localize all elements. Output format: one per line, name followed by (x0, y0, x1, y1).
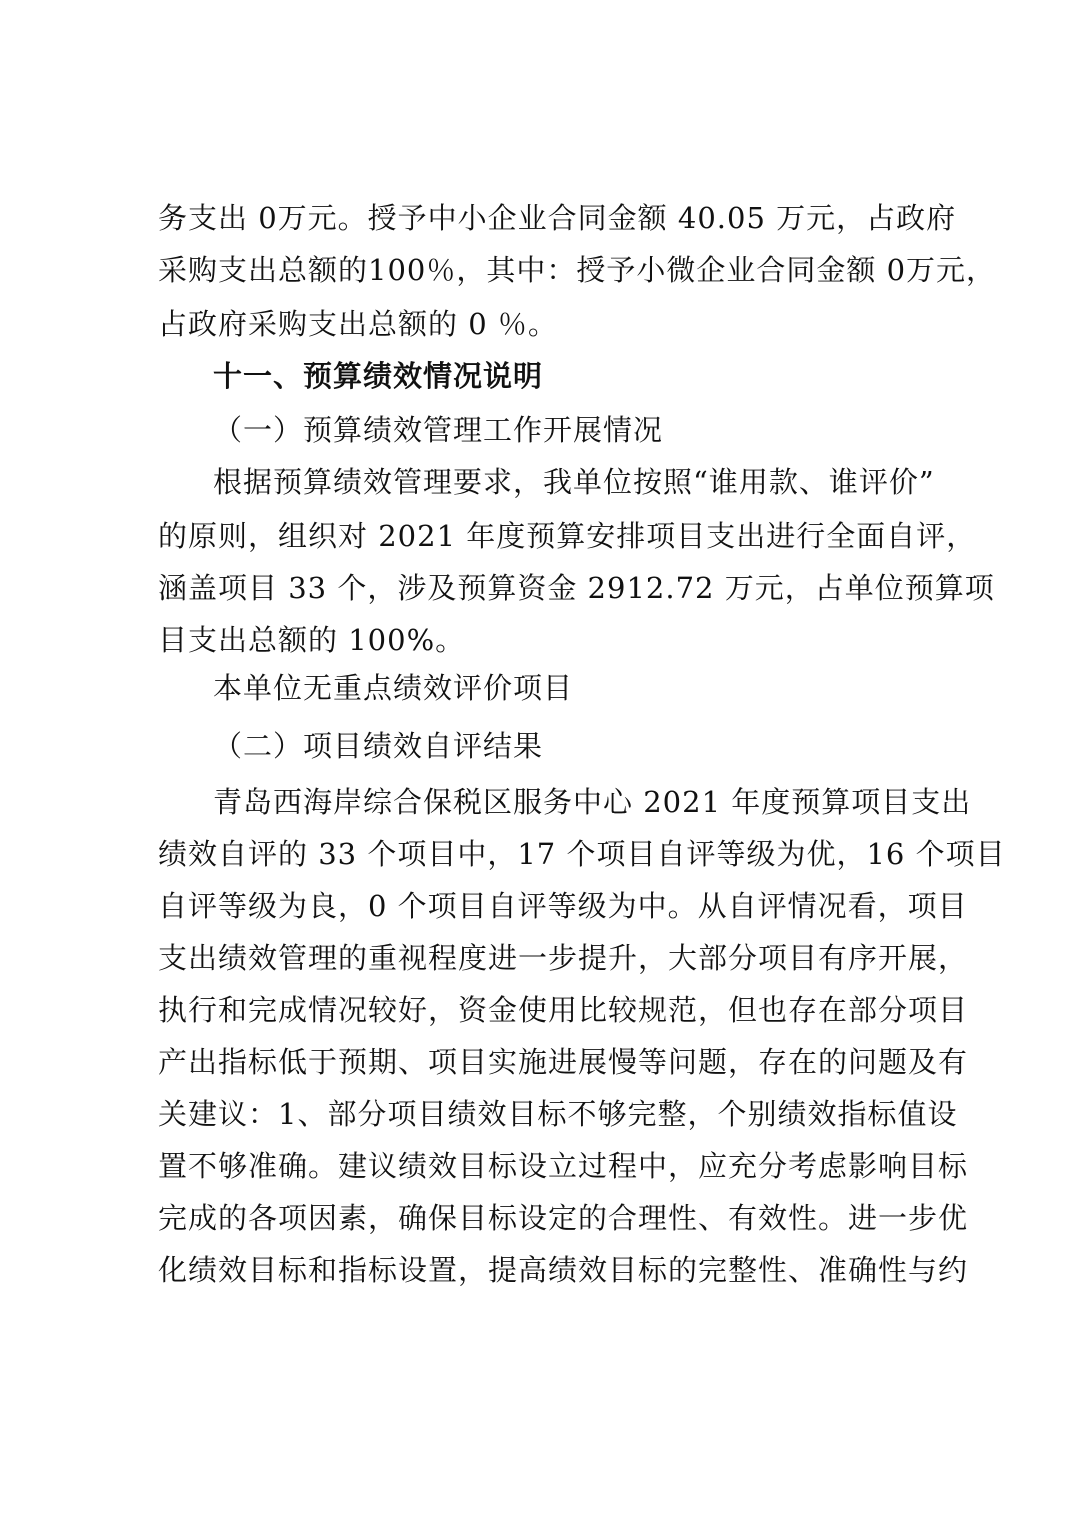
paragraph-line: 青岛西海岸综合保税区服务中心 2021 年度预算项目支出 (213, 782, 920, 822)
document-page: 务支出 0万元。授予中小企业合同金额 40.05 万元，占政府 采购支出总额的1… (0, 0, 1074, 1520)
paragraph-line: 的原则，组织对 2021 年度预算安排项目支出进行全面自评， (158, 516, 920, 556)
paragraph-line: 置不够准确。建议绩效目标设立过程中，应充分考虑影响目标 (158, 1146, 920, 1186)
paragraph-line: 目支出总额的 100%。 (158, 620, 920, 660)
subsection-heading: （一）预算绩效管理工作开展情况 (213, 410, 920, 450)
paragraph-line: 化绩效目标和指标设置，提高绩效目标的完整性、准确性与约 (158, 1250, 920, 1290)
paragraph-line: 关建议：1、部分项目绩效目标不够完整，个别绩效指标值设 (158, 1094, 920, 1134)
paragraph-line: 绩效自评的 33 个项目中，17 个项目自评等级为优，16 个项目 (158, 834, 920, 874)
paragraph-line: 务支出 0万元。授予中小企业合同金额 40.05 万元，占政府 (158, 198, 920, 238)
paragraph-line: 支出绩效管理的重视程度进一步提升，大部分项目有序开展， (158, 938, 920, 978)
paragraph-line: 执行和完成情况较好，资金使用比较规范，但也存在部分项目 (158, 990, 920, 1030)
paragraph-line: 产出指标低于预期、项目实施进展慢等问题，存在的问题及有 (158, 1042, 920, 1082)
paragraph-line: 涵盖项目 33 个，涉及预算资金 2912.72 万元，占单位预算项 (158, 568, 920, 608)
subsection-heading: （二）项目绩效自评结果 (213, 726, 920, 766)
paragraph-line: 采购支出总额的100％，其中：授予小微企业合同金额 0万元， (158, 250, 920, 290)
paragraph-line: 占政府采购支出总额的 0 ％。 (158, 304, 920, 344)
paragraph-line: 自评等级为良，0 个项目自评等级为中。从自评情况看，项目 (158, 886, 920, 926)
paragraph-line: 根据预算绩效管理要求，我单位按照“谁用款、谁评价” (213, 462, 920, 502)
section-heading: 十一、预算绩效情况说明 (213, 356, 920, 396)
paragraph-line: 完成的各项因素，确保目标设定的合理性、有效性。进一步优 (158, 1198, 920, 1238)
paragraph-line: 本单位无重点绩效评价项目 (213, 668, 920, 708)
